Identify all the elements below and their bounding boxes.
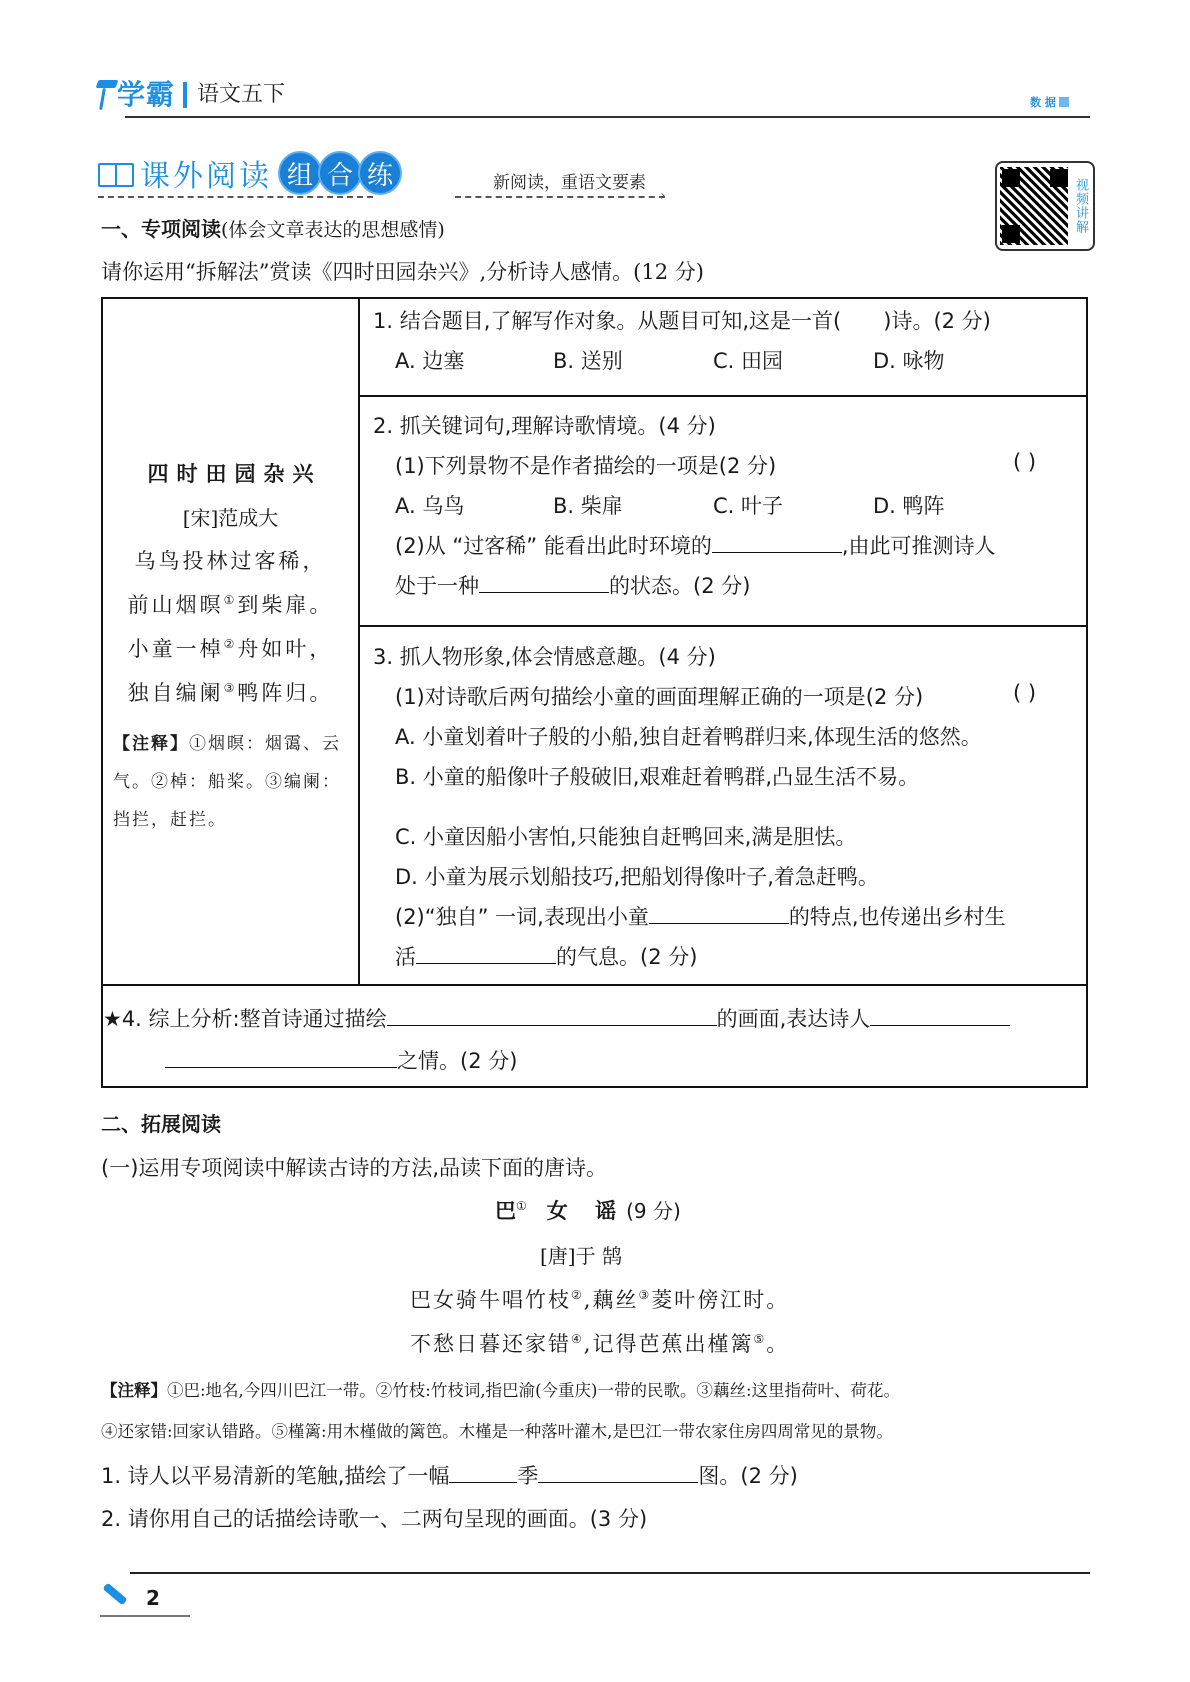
option[interactable]: D. 鸭阵: [873, 490, 945, 520]
option[interactable]: D. 咏物: [873, 345, 945, 375]
banner-badges: 组 合 练: [282, 151, 402, 195]
poem-panel: 四时田园杂兴 [宋]范成大 乌鸟投林过客稀， 前山烟暝①到柴扉。 小童一棹②舟如…: [103, 458, 358, 707]
arrow-right-icon: ›: [660, 188, 666, 204]
poem-author: [宋]范成大: [103, 502, 358, 531]
option[interactable]: A. 边塞: [395, 345, 553, 375]
fill-blank[interactable]: [712, 551, 842, 553]
badge-char: 合: [318, 151, 362, 195]
poem2-author: [唐]于 鹄: [540, 1240, 622, 1269]
poem2-line: 不愁日暮还家错④,记得芭蕉出槿篱⑤。: [410, 1328, 789, 1358]
question-1: 1. 结合题目,了解写作对象。从题目可知,这是一首()诗。(2 分): [373, 305, 991, 335]
note-label: 【注释】: [113, 734, 189, 754]
section1-title: 一、专项阅读: [101, 217, 221, 241]
question-3: 3. 抓人物形象,体会情感意趣。(4 分): [373, 641, 716, 671]
note-text: ①巴:地名,今四川巴江一带。②竹枝:竹枝词,指巴渝(今重庆)一带的民歌。③藕丝:…: [167, 1381, 900, 1400]
poem-line: 前山烟暝①到柴扉。: [103, 589, 358, 619]
qr-code-icon[interactable]: [1000, 167, 1068, 245]
table-divider: [358, 297, 360, 986]
badge-char: 组: [278, 151, 322, 195]
brand-divider: [183, 82, 187, 108]
poem-line: 小童一棹②舟如叶，: [103, 633, 358, 663]
banner-title: 课外阅读: [140, 151, 272, 195]
table-divider: [358, 625, 1088, 627]
q3-sub2: (2)“独自” 一词,表现出小童的特点,也传递出乡村生: [395, 901, 1006, 931]
square-icon: [1059, 97, 1069, 107]
poem-annotation: 【注释】①烟暝：烟霭、云气。②棹：船桨。③编阑：挡拦，赶拦。: [113, 725, 353, 839]
option[interactable]: A. 小童划着叶子般的小船,独自赶着鸭群归来,体现生活的悠然。: [395, 721, 982, 751]
option[interactable]: C. 小童因船小害怕,只能独自赶鸭回来,满是胆怯。: [395, 821, 856, 851]
answer-paren[interactable]: ( ): [1013, 681, 1036, 705]
poem-line: 独自编阑③鸭阵归。: [103, 677, 358, 707]
banner-slogan: 新阅读，重语文要素: [493, 168, 646, 193]
poem-title: 四时田园杂兴: [111, 458, 358, 488]
option[interactable]: B. 小童的船像叶子般破旧,艰难赶着鸭群,凸显生活不易。: [395, 761, 919, 791]
fill-blank[interactable]: [479, 591, 609, 593]
answer-paren[interactable]: ( ): [1013, 450, 1036, 474]
section1-instruction: 请你运用“拆解法”赏读《四时田园杂兴》,分析诗人感情。(12 分): [101, 256, 704, 286]
q3-sub2-cont: 活的气息。(2 分): [395, 941, 697, 971]
corner-tag-text: 数 据: [1030, 94, 1056, 110]
dashed-divider: [98, 196, 373, 198]
footer-divider: [130, 1572, 1090, 1574]
qr-code-card[interactable]: 视频讲解: [995, 161, 1095, 251]
fill-blank[interactable]: [870, 1024, 1010, 1026]
section1-subtitle: (体会文章表达的思想感情): [221, 219, 445, 241]
option[interactable]: B. 柴扉: [553, 490, 713, 520]
section-banner: 课外阅读 组 合 练: [98, 150, 402, 196]
pen-icon: [102, 1583, 127, 1606]
fill-blank[interactable]: [416, 962, 556, 964]
option[interactable]: D. 小童为展示划船技巧,把船划得像叶子,着急赶鸭。: [395, 861, 879, 891]
page-number-underline: [100, 1615, 190, 1617]
option[interactable]: B. 送别: [553, 345, 713, 375]
poem2-notes: 【注释】①巴:地名,今四川巴江一带。②竹枝:竹枝词,指巴渝(今重庆)一带的民歌。…: [101, 1377, 900, 1401]
header-divider: [125, 116, 1090, 118]
subject-label: 语文五下: [197, 78, 285, 112]
graduation-cap-icon: [95, 78, 117, 112]
fill-blank[interactable]: [387, 1024, 717, 1026]
badge-char: 练: [358, 151, 402, 195]
section1-heading: 一、专项阅读(体会文章表达的思想感情): [101, 213, 445, 242]
section2-intro: (一)运用专项阅读中解读古诗的方法,品读下面的唐诗。: [101, 1152, 607, 1182]
fill-blank[interactable]: [165, 1066, 397, 1068]
poem-line: 乌鸟投林过客稀，: [103, 545, 358, 575]
note-label: 【注释】: [101, 1381, 167, 1400]
question-4-cont: 之情。(2 分): [165, 1045, 517, 1075]
poem2-title: 巴① 女 谣(9 分): [495, 1195, 681, 1225]
fill-blank[interactable]: [449, 1481, 517, 1483]
brand-logo: 学霸 语文五下: [95, 72, 285, 112]
option[interactable]: C. 田园: [713, 345, 873, 375]
corner-tag: 数 据: [1030, 94, 1069, 110]
table-divider: [101, 984, 1088, 986]
option[interactable]: C. 叶子: [713, 490, 873, 520]
dashed-divider: [455, 196, 665, 198]
question-4: ★4. 综上分析:整首诗通过描绘的画面,表达诗人: [103, 1003, 1010, 1033]
note-text: ④还家错:回家认错路。⑤槿篱:用木槿做的篱笆。木槿是一种落叶灌木,是巴江一带农家…: [101, 1418, 893, 1442]
q1-options: A. 边塞B. 送别C. 田园D. 咏物: [395, 345, 1085, 375]
fill-blank[interactable]: [649, 922, 789, 924]
s2-question-2: 2. 请你用自己的话描绘诗歌一、二两句呈现的画面。(3 分): [101, 1503, 647, 1533]
section2-title: 二、拓展阅读: [101, 1108, 221, 1137]
option[interactable]: A. 乌鸟: [395, 490, 553, 520]
poem2-line: 巴女骑牛唱竹枝②,藕丝③菱叶傍江时。: [410, 1284, 789, 1314]
q2-sub1: (1)下列景物不是作者描绘的一项是(2 分): [395, 450, 776, 480]
question-2: 2. 抓关键词句,理解诗歌情境。(4 分): [373, 410, 716, 440]
q2-options: A. 乌鸟B. 柴扉C. 叶子D. 鸭阵: [395, 490, 945, 520]
q2-sub2-cont: 处于一种的状态。(2 分): [395, 570, 750, 600]
page-number: 2: [146, 1586, 160, 1610]
open-book-icon: [98, 159, 134, 187]
q2-sub2: (2)从 “过客稀” 能看出此时环境的,由此可推测诗人: [395, 530, 996, 560]
fill-blank[interactable]: [538, 1481, 698, 1483]
q3-sub1: (1)对诗歌后两句描绘小童的画面理解正确的一项是(2 分): [395, 681, 923, 711]
video-explain-label: 视频讲解: [1071, 178, 1090, 234]
s2-question-1: 1. 诗人以平易清新的笔触,描绘了一幅季图。(2 分): [101, 1460, 798, 1490]
table-divider: [358, 395, 1088, 397]
brand-name: 学霸: [117, 78, 175, 112]
